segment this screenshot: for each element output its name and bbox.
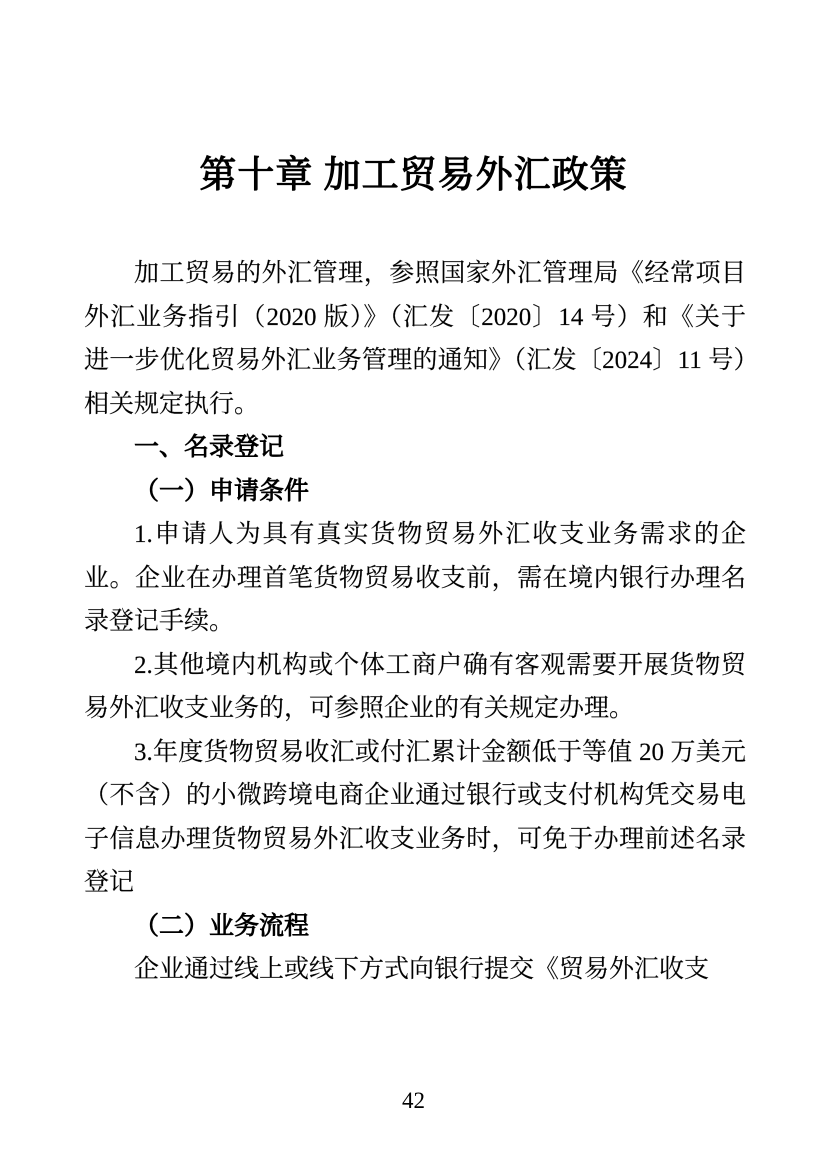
page-title: 第十章 加工贸易外汇政策 [0, 150, 827, 202]
paragraph-item-3: 3.年度货物贸易收汇或付汇累计金额低于等值 20 万美元（不含）的小微跨境电商企… [84, 731, 746, 905]
section-heading-directory-registration: 一、名录登记 [84, 426, 746, 470]
paragraph-item-1: 1.申请人为具有真实货物贸易外汇收支业务需求的企业。企业在办理首笔货物贸易收支前… [84, 513, 746, 644]
document-page: { "page": { "title": "第十章 加工贸易外汇政策", "pa… [0, 0, 827, 1170]
paragraph-item-2: 2.其他境内机构或个体工商户确有客观需要开展货物贸易外汇收支业务的，可参照企业的… [84, 644, 746, 731]
paragraph-business-process-intro: 企业通过线上或线下方式向银行提交《贸易外汇收支 [84, 948, 746, 992]
document-body: 加工贸易的外汇管理，参照国家外汇管理局《经常项目外汇业务指引（2020 版）》（… [84, 252, 746, 992]
subsection-heading-business-process: （二）业务流程 [84, 905, 746, 949]
paragraph-intro: 加工贸易的外汇管理，参照国家外汇管理局《经常项目外汇业务指引（2020 版）》（… [84, 252, 746, 426]
subsection-heading-application-conditions: （一）申请条件 [84, 470, 746, 514]
page-number: 42 [0, 1088, 827, 1114]
